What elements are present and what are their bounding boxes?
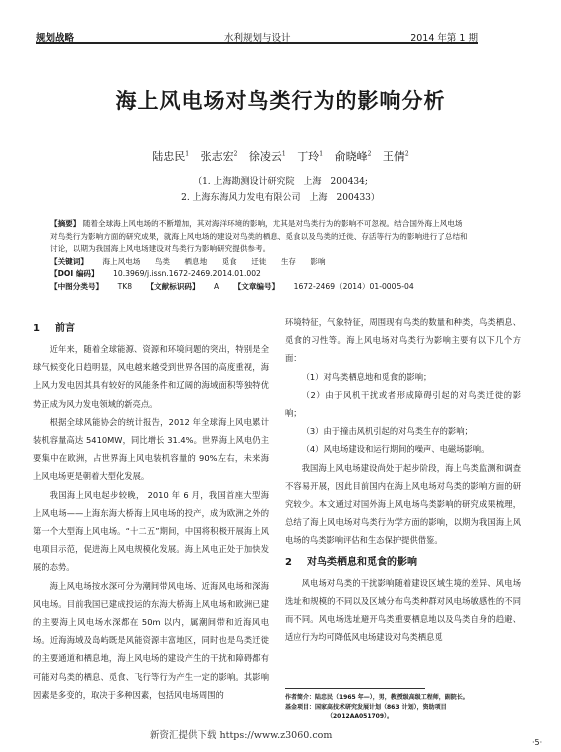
author: 丁玲1 (297, 150, 323, 163)
running-header: 规划战略 水利规划与设计 2014 年第 1 期 (36, 30, 478, 44)
page-number: ·5· (532, 738, 542, 747)
doi-value: 10.3969/j.issn.1672-2469.2014.01.002 (113, 269, 261, 278)
affiliation-2: 2. 上海东海风力发电有限公司 上海 200433） (0, 190, 561, 203)
keyword: 鸟类 (155, 257, 170, 266)
article-no-value: 1672-2469（2014）01-0005-04 (294, 282, 414, 291)
footnote-rule (285, 688, 425, 689)
fund-info: 基金项目：国家高技术研究发展计划（863 计划），资助项目 (285, 703, 525, 713)
header-rule (36, 42, 478, 44)
clc-label: 【中图分类号】 (50, 282, 103, 291)
abstract: 【摘要】 随着全球海上风电场的不断增加，其对海洋环境的影响，尤其是对鸟类行为的影… (50, 218, 470, 256)
keyword: 栖息地 (184, 257, 207, 266)
keyword: 影响 (310, 257, 325, 266)
list-item: （3）由于撞击风机引起的对鸟类生存的影响； (285, 422, 521, 440)
article-no-label: 【文章编号】 (234, 282, 280, 291)
author: 王倩2 (383, 150, 409, 163)
section-heading-1: 1前言 (33, 318, 269, 340)
abstract-text: 随着全球海上风电场的不断增加，其对海洋环境的影响，尤其是对鸟类行为的影响不可忽视… (50, 219, 468, 253)
clc-value: TK8 (118, 282, 132, 291)
doc-code-value: A (214, 282, 219, 291)
body-column-left: 1前言 近年来，随着全球能源、资源和环境问题的突出，特别是全球气候变化日趋明显，… (33, 318, 269, 704)
doi-label: 【DOI 编码】 (50, 269, 99, 278)
keyword: 生存 (281, 257, 296, 266)
abstract-block: 【摘要】 随着全球海上风电场的不断增加，其对海洋环境的影响，尤其是对鸟类行为的影… (50, 218, 470, 293)
paragraph-continued: 环境特征，气象特征，周围现有鸟类的数量和种类，鸟类栖息、觅食的习性等。海上风电场… (285, 313, 521, 368)
keyword: 觅食 (222, 257, 237, 266)
author: 徐凌云1 (249, 150, 286, 163)
author: 陆忠民1 (152, 150, 189, 163)
paragraph: 海上风电场按水深可分为潮间带风电场、近海风电场和深海风电场。目前我国已建成投运的… (33, 577, 269, 704)
author: 张志宏2 (201, 150, 238, 163)
paragraph: 近年来，随着全球能源、资源和环境问题的突出，特别是全球气候变化日趋明显，风电越来… (33, 340, 269, 413)
list-item: （2）由于风机干扰或者形成障碍引起的对鸟类迁徙的影响； (285, 386, 521, 422)
abstract-label: 【摘要】 (50, 219, 80, 228)
section-heading-2: 2对鸟类栖息和觅食的影响 (285, 552, 521, 574)
footnote: 作者简介：陆忠民（1965 年—），男，教授级高级工程师，副院长。 基金项目：国… (285, 693, 525, 722)
keyword: 海上风电场 (102, 257, 140, 266)
keywords-line: 【关键词】 海上风电场 鸟类 栖息地 觅食 迁徙 生存 影响 (50, 256, 470, 269)
article-title: 海上风电场对鸟类行为的影响分析 (0, 85, 561, 115)
paragraph: 我国海上风电起步较晚， 2010 年 6 月，我国首座大型海上风电场——上海东海… (33, 486, 269, 577)
paragraph: 我国海上风电场建设尚处于起步阶段，海上鸟类监测和调查不容易开展，因此目前国内在海… (285, 459, 521, 550)
author: 俞晓峰2 (335, 150, 372, 163)
keywords-label: 【关键词】 (50, 257, 88, 266)
body-column-right: 环境特征，气象特征，周围现有鸟类的数量和种类，鸟类栖息、觅食的习性等。海上风电场… (285, 313, 521, 646)
affiliation-1: （1. 上海勘测设计研究院 上海 200434; (0, 174, 561, 187)
author-intro: 作者简介：陆忠民（1965 年—），男，教授级高级工程师，副院长。 (285, 693, 525, 703)
author-list: 陆忠民1 张志宏2 徐凌云1 丁玲1 俞晓峰2 王倩2 (0, 148, 561, 164)
doc-code-label: 【文献标识码】 (146, 282, 199, 291)
doi-line: 【DOI 编码】 10.3969/j.issn.1672-2469.2014.0… (50, 268, 470, 281)
classification-line: 【中图分类号】 TK8 【文献标识码】 A 【文章编号】 1672-2469（2… (50, 281, 470, 294)
list-item: （4）风电场建设和运行期间的噪声、电磁场影响。 (285, 440, 521, 458)
paragraph: 根据全球风能协会的统计报告，2012 年全球海上风电累计装机容量高达 5410M… (33, 413, 269, 486)
keyword: 迁徙 (251, 257, 266, 266)
download-watermark: 新资汇提供下载 https://www.z3060.com (150, 727, 332, 741)
fund-info-cont: （2012AA051709）。 (285, 712, 525, 722)
list-item: （1）对鸟类栖息地和觅食的影响； (285, 368, 521, 386)
paragraph: 风电场对鸟类的干扰影响随着建设区域生境的差异、风电场选址和规模的不同以及区域分布… (285, 574, 521, 647)
